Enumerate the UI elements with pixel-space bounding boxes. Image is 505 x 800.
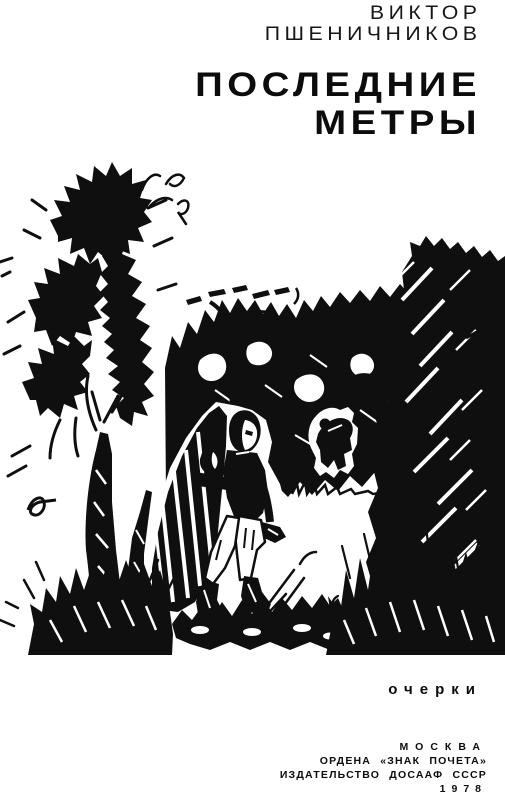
- imprint-year: 1978: [280, 782, 487, 796]
- cover-illustration: [0, 150, 505, 665]
- imprint-city: МОСКВА: [280, 740, 487, 754]
- imprint-block: МОСКВА ОРДЕНА «ЗНАК ПОЧЕТА» ИЗДАТЕЛЬСТВО…: [280, 740, 487, 796]
- imprint-order: ОРДЕНА «ЗНАК ПОЧЕТА»: [280, 754, 487, 768]
- author-name: ВИКТОР ПШЕНИЧНИКОВ: [288, 3, 481, 45]
- title-line-2: МЕТРЫ: [195, 104, 481, 142]
- title-line-1: ПОСЛЕДНИЕ: [195, 66, 481, 104]
- imprint-publisher: ИЗДАТЕЛЬСТВО ДОСААФ СССР: [280, 768, 487, 782]
- distant-stooped-figure: [309, 407, 358, 478]
- book-title: ПОСЛЕДНИЕ МЕТРЫ: [228, 66, 481, 142]
- author-line-1: ВИКТОР: [264, 3, 481, 24]
- book-title-page: ВИКТОР ПШЕНИЧНИКОВ ПОСЛЕДНИЕ МЕТРЫ: [0, 0, 505, 800]
- author-line-2: ПШЕНИЧНИКОВ: [264, 24, 481, 45]
- genre-label: очерки: [388, 681, 482, 698]
